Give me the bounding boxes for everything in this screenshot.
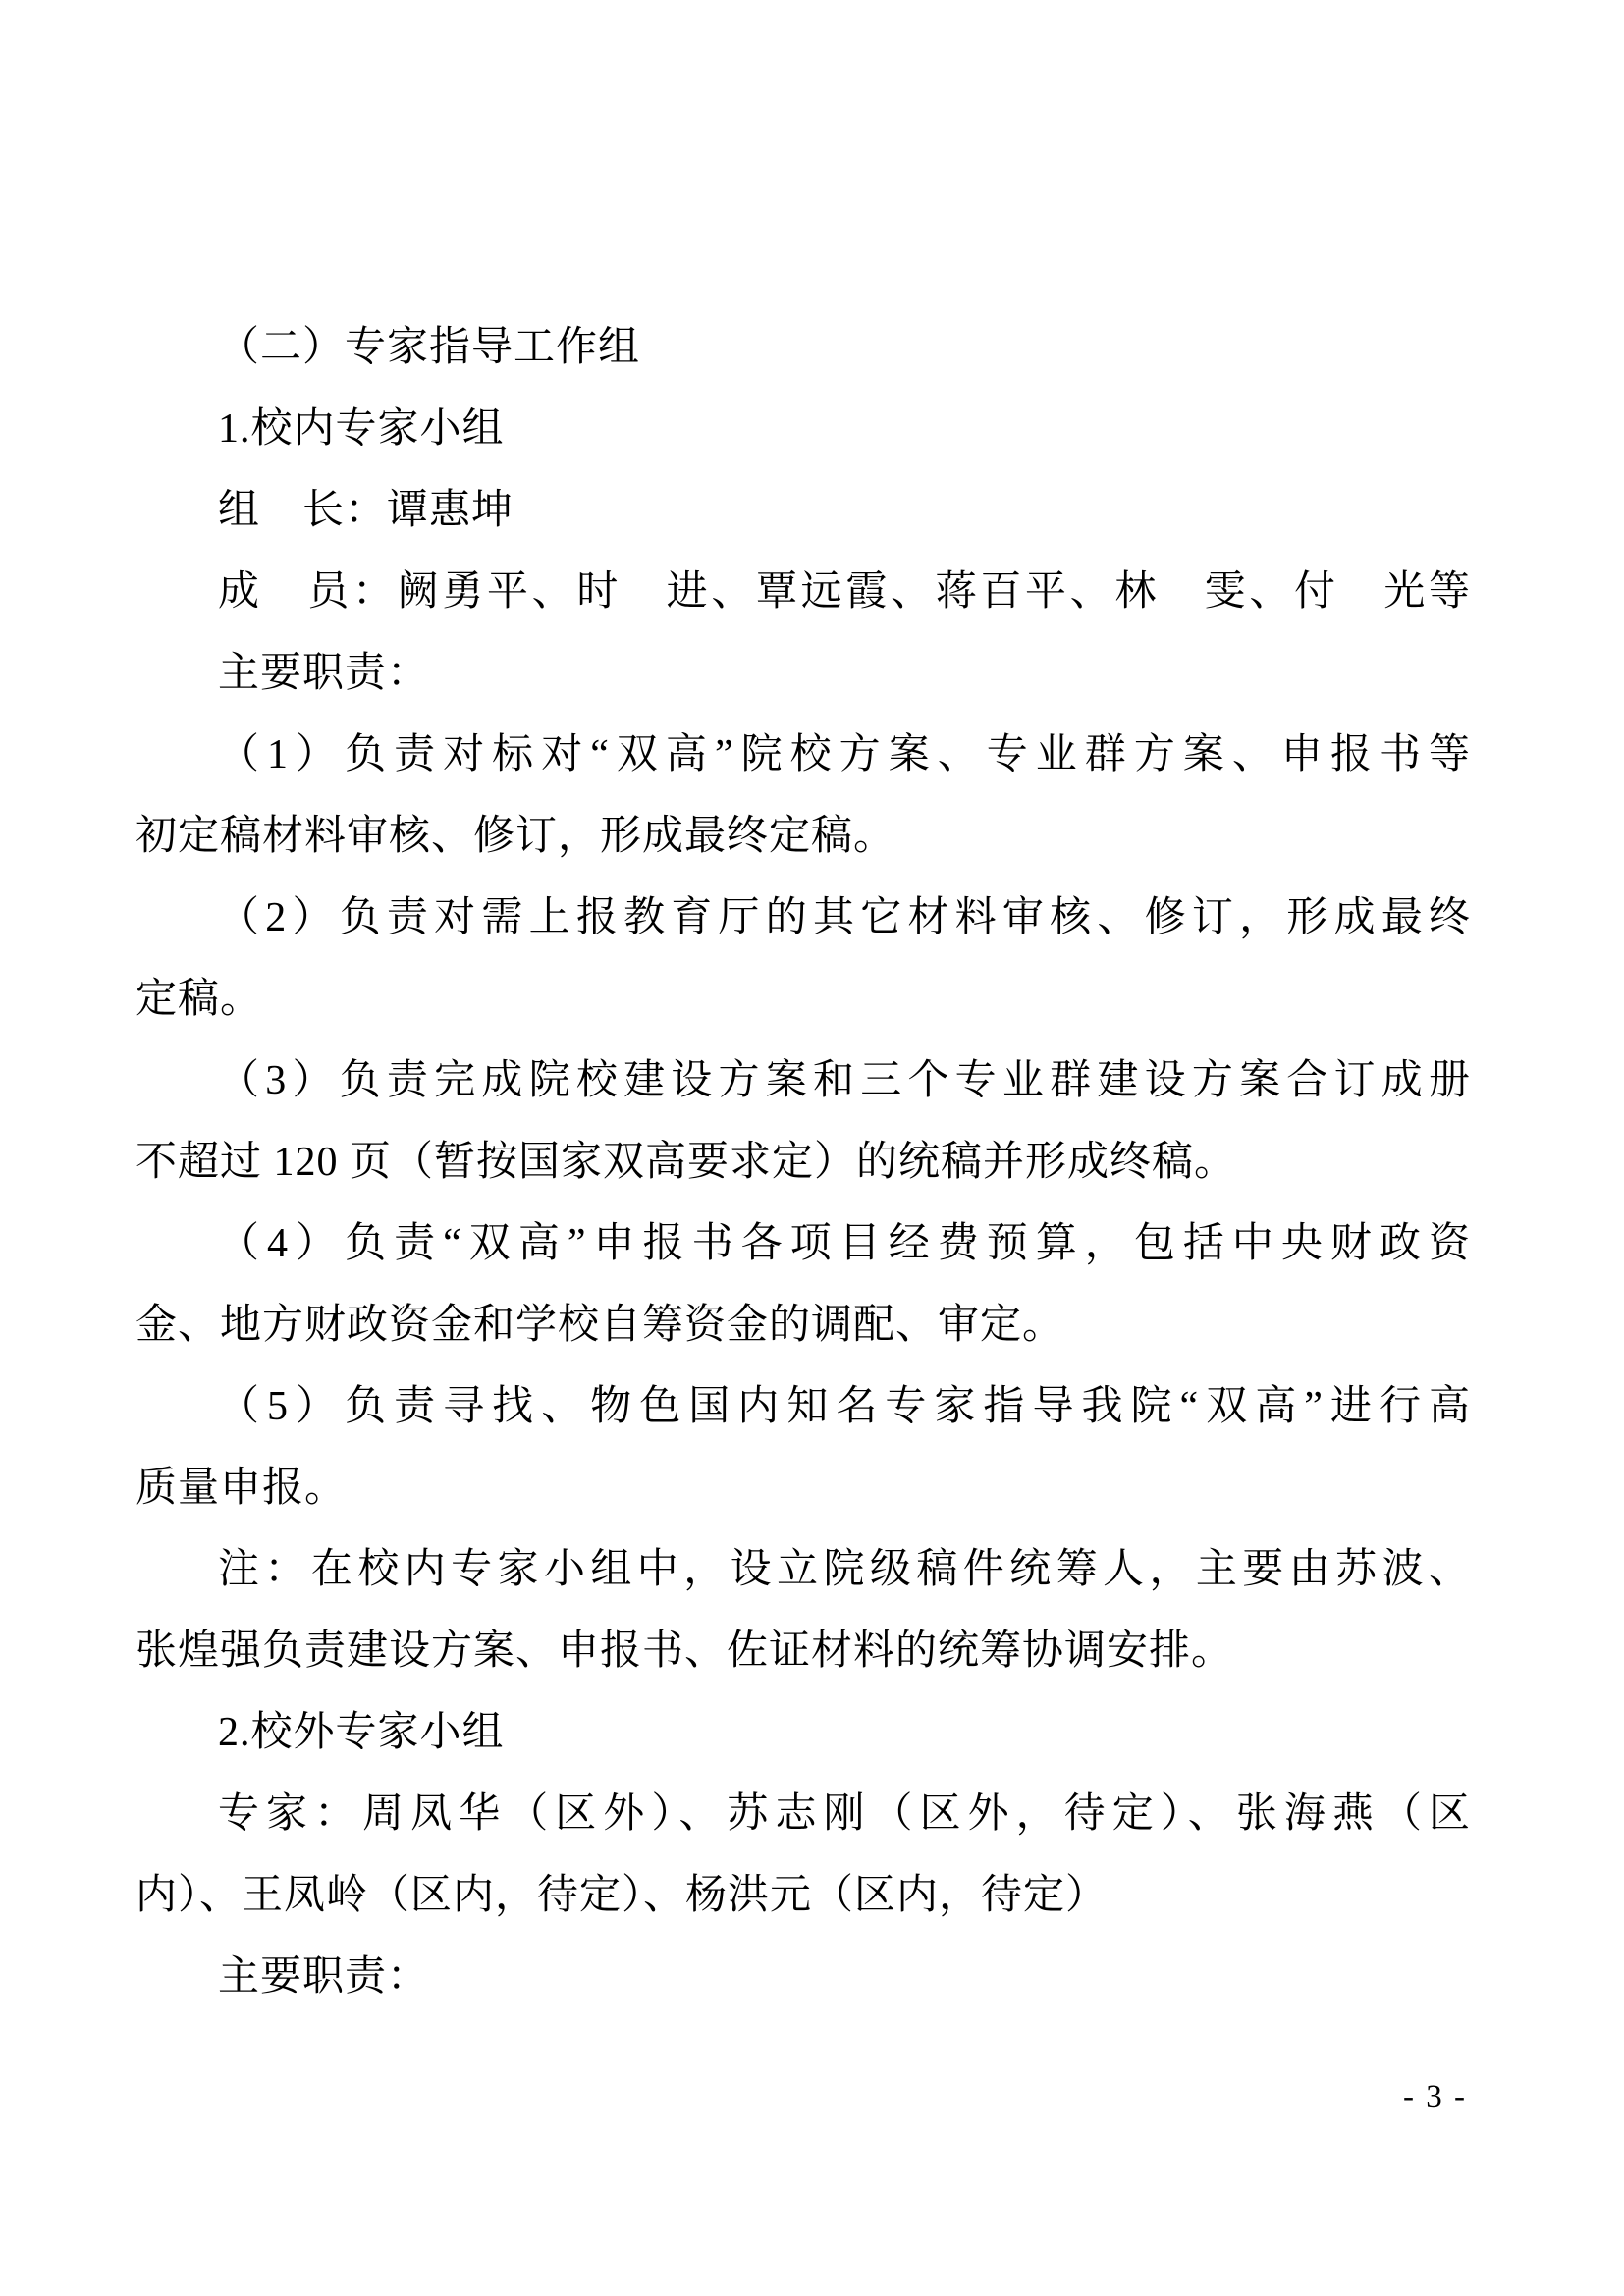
group-members-line: 成 员：阙勇平、时 进、覃远霞、蒋百平、林 雯、付 光等: [135, 552, 1471, 633]
group-heading-internal-experts: 1.校内专家小组: [135, 389, 1471, 470]
duty-item-5-line-2: 质量申报。: [135, 1448, 1471, 1529]
document-page: （二）专家指导工作组 1.校内专家小组 组 长：谭惠坤 成 员：阙勇平、时 进、…: [0, 0, 1624, 2296]
group-heading-external-experts: 2.校外专家小组: [135, 1692, 1471, 1774]
duties-heading-2: 主要职责：: [135, 1937, 1471, 2018]
duty-item-3-line-2: 不超过 120 页（暂按国家双高要求定）的统稿并形成终稿。: [135, 1122, 1471, 1203]
group-leader-line: 组 长：谭惠坤: [135, 470, 1471, 552]
duty-item-4-line-2: 金、地方财政资金和学校自筹资金的调配、审定。: [135, 1285, 1471, 1366]
external-experts-line-1: 专家：周凤华（区外）、苏志刚（区外，待定）、张海燕（区: [135, 1774, 1471, 1855]
external-experts-line-2: 内）、王凤岭（区内，待定）、杨洪元（区内，待定）: [135, 1855, 1471, 1937]
duty-item-5-line-1: （5）负责寻找、物色国内知名专家指导我院“双高”进行高: [135, 1366, 1471, 1448]
duty-item-4-line-1: （4）负责“双高”申报书各项目经费预算，包括中央财政资: [135, 1203, 1471, 1285]
duty-item-1-line-2: 初定稿材料审核、修订，形成最终定稿。: [135, 796, 1471, 878]
duty-item-2-line-2: 定稿。: [135, 959, 1471, 1041]
page-number: - 3 -: [1403, 2073, 1467, 2120]
duties-heading: 主要职责：: [135, 633, 1471, 715]
document-body: （二）专家指导工作组 1.校内专家小组 组 长：谭惠坤 成 员：阙勇平、时 进、…: [135, 307, 1471, 2018]
duty-item-3-line-1: （3）负责完成院校建设方案和三个专业群建设方案合订成册: [135, 1041, 1471, 1122]
duty-item-1-line-1: （1）负责对标对“双高”院校方案、专业群方案、申报书等: [135, 715, 1471, 796]
subsection-heading: （二）专家指导工作组: [135, 307, 1471, 389]
note-line-2: 张煌强负责建设方案、申报书、佐证材料的统筹协调安排。: [135, 1611, 1471, 1692]
note-line-1: 注：在校内专家小组中，设立院级稿件统筹人，主要由苏波、: [135, 1529, 1471, 1611]
duty-item-2-line-1: （2）负责对需上报教育厅的其它材料审核、修订，形成最终: [135, 878, 1471, 959]
